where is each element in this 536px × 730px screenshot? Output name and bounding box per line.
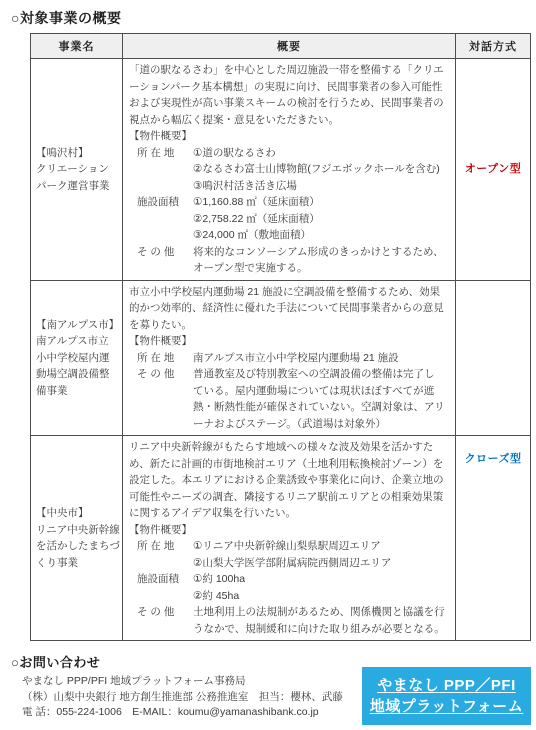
dialogue-mode-cell: オープン型 [456,59,531,281]
project-name-cell: 【中央市】リニア中央新幹線を活かしたまちづくり事業 [31,436,123,641]
property-detail-lines: 土地利用上の法規制があるため、関係機関と協議を行うなかで、規制緩和に向けた取り組… [193,604,451,637]
table-row: 【鳴沢村】クリエーションパーク運営事業「道の駅なるさわ」を中心とした周辺施設一帯… [31,59,531,281]
property-summary-heading: 【物件概要】 [129,128,451,145]
property-detail-line: ②なるさわ富士山博物館(フジエボックホールを含む) [193,161,451,178]
contact-heading: ○お問い合わせ [11,652,343,671]
contact-staff-line: （株）山梨中央銀行 地方創生推進部 公務推進室 担当：櫻林、武藤 [22,690,343,706]
property-detail-lines: ①道の駅なるさわ②なるさわ富士山博物館(フジエボックホールを含む)③鳴沢村活き活… [193,145,451,195]
property-detail-lines: 南アルプス市立小中学校屋内運動場 21 施設 [193,350,451,367]
badge-title-line2: 地域プラットフォーム [370,697,524,717]
property-detail-label: 所 在 地 [137,350,193,367]
property-detail-line: ている。屋内運動場については現状ほぼすべてが遮 [193,383,451,400]
document-page: ○対象事業の概要 事業名 概要 対話方式 【鳴沢村】クリエーションパーク運営事業… [0,0,536,730]
overview-text-line: 設定した。本エリアにおける企業誘致や事業化に向け、企業立地の [129,472,451,489]
property-detail-line: ③鳴沢村活き活き広場 [193,178,451,195]
property-detail-label: 施設面積 [137,571,193,604]
property-detail-row: 所 在 地南アルプス市立小中学校屋内運動場 21 施設 [129,350,451,367]
overview-text-line: 的かつ効率的、経済性に優れた手法について民間事業者からの意見 [129,300,451,317]
header-overview: 概要 [123,34,456,59]
property-summary-heading: 【物件概要】 [129,522,451,539]
property-detail-line: うなかで、規制緩和に向けた取り組みが必要となる。 [193,621,451,638]
project-overview-cell: 市立小中学校屋内運動場 21 施設に空調設備を整備するため、効果的かつ効率的、経… [123,280,456,436]
property-detail-row: 所 在 地①道の駅なるさわ②なるさわ富士山博物館(フジエボックホールを含む)③鳴… [129,145,451,195]
overview-text-line: リニア中央新幹線がもたらす地域への様々な波及効果を活かすた [129,439,451,456]
overview-text-line: に関するアイデア収集を行いたい。 [129,505,451,522]
header-project-name: 事業名 [31,34,123,59]
contact-section: ○お問い合わせ やまなし PPP/PFI 地域プラットフォーム事務局 （株）山梨… [11,652,343,721]
property-detail-lines: 普通教室及び特別教室への空調設備の整備は完了している。屋内運動場については現状ほ… [193,366,451,432]
project-name-line: リニア中央新幹線 [36,522,120,539]
projects-table: 事業名 概要 対話方式 【鳴沢村】クリエーションパーク運営事業「道の駅なるさわ」… [30,33,531,641]
dialogue-mode-cell: クローズ型 [456,436,531,641]
property-detail-line: 将来的なコンソーシアム形成のきっかけとするため、 [193,244,451,261]
property-detail-line: ②山梨大学医学部附属病院西側周辺エリア [193,555,451,572]
projects-table-body: 【鳴沢村】クリエーションパーク運営事業「道の駅なるさわ」を中心とした周辺施設一帯… [31,59,531,641]
platform-logo-badge: やまなし PPP／PFI 地域プラットフォーム [362,667,531,725]
page-title: ○対象事業の概要 [11,8,121,28]
table-row: 【中央市】リニア中央新幹線を活かしたまちづくり事業リニア中央新幹線がもたらす地域… [31,436,531,641]
overview-text-line: 視点から幅広く提案・意見をいただきたい。 [129,112,451,129]
overview-text-line: め、新たに計画的市街地検討エリア（土地利用転換検討ゾーン）を [129,456,451,473]
property-detail-lines: ①約 100ha②約 45ha [193,571,451,604]
property-detail-row: そ の 他普通教室及び特別教室への空調設備の整備は完了している。屋内運動場につい… [129,366,451,432]
property-detail-row: そ の 他土地利用上の法規制があるため、関係機関と協議を行うなかで、規制緩和に向… [129,604,451,637]
project-name-line: 南アルプス市立 [36,333,120,350]
property-detail-line: ②約 45ha [193,588,451,605]
property-detail-line: ーナおよびステージ。（武道場は対象外） [193,416,451,433]
property-detail-label: そ の 他 [137,366,193,432]
contact-office-line: やまなし PPP/PFI 地域プラットフォーム事務局 [22,674,343,690]
overview-text-line: ーションパーク基本構想」の実現に向け、民間事業者の参入可能性 [129,79,451,96]
property-detail-line: ③24,000 ㎡（敷地面積） [193,227,451,244]
property-detail-line: ①道の駅なるさわ [193,145,451,162]
property-detail-row: 所 在 地①リニア中央新幹線山梨県駅周辺エリア②山梨大学医学部附属病院西側周辺エ… [129,538,451,571]
property-detail-label: 施設面積 [137,194,193,244]
project-name-line: 【鳴沢村】 [36,145,120,162]
overview-text-line: 「道の駅なるさわ」を中心とした周辺施設一帯を整備する「クリエ [129,62,451,79]
property-detail-line: 土地利用上の法規制があるため、関係機関と協議を行 [193,604,451,621]
project-overview-cell: 「道の駅なるさわ」を中心とした周辺施設一帯を整備する「クリエーションパーク基本構… [123,59,456,281]
property-summary-heading: 【物件概要】 [129,333,451,350]
property-detail-line: 普通教室及び特別教室への空調設備の整備は完了し [193,366,451,383]
contact-phone-email-line: 電 話：055-224-1006 E-MAIL：koumu@yamanashib… [22,705,343,721]
property-detail-row: そ の 他将来的なコンソーシアム形成のきっかけとするため、オープン型で実施する。 [129,244,451,277]
property-detail-line: オープン型で実施する。 [193,260,451,277]
table-header-row: 事業名 概要 対話方式 [31,34,531,59]
project-name-cell: 【鳴沢村】クリエーションパーク運営事業 [31,59,123,281]
property-detail-row: 施設面積①約 100ha②約 45ha [129,571,451,604]
property-detail-line: ②2,758.22 ㎡（延床面積） [193,211,451,228]
project-name-line: 【南アルプス市】 [36,317,120,334]
badge-title-line1: やまなし PPP／PFI [377,676,516,696]
overview-text-line: および実現性が高い事業スキームの検討を行うため、民間事業者の [129,95,451,112]
overview-text-line: を募りたい。 [129,317,451,334]
project-name-line: 【中央市】 [36,505,120,522]
property-detail-label: 所 在 地 [137,538,193,571]
project-name-line: 動場空調設備整 [36,366,120,383]
dialogue-mode-cell [456,280,531,436]
property-detail-line: ①1,160.88 ㎡（延床面積） [193,194,451,211]
property-detail-label: そ の 他 [137,244,193,277]
project-name-line: クリエーション [36,161,120,178]
project-name-cell: 【南アルプス市】南アルプス市立小中学校屋内運動場空調設備整備事業 [31,280,123,436]
header-dialogue-mode: 対話方式 [456,34,531,59]
property-detail-line: 南アルプス市立小中学校屋内運動場 21 施設 [193,350,451,367]
property-detail-label: 所 在 地 [137,145,193,195]
project-overview-cell: リニア中央新幹線がもたらす地域への様々な波及効果を活かすため、新たに計画的市街地… [123,436,456,641]
property-detail-lines: 将来的なコンソーシアム形成のきっかけとするため、オープン型で実施する。 [193,244,451,277]
project-name-line: パーク運営事業 [36,178,120,195]
property-detail-lines: ①リニア中央新幹線山梨県駅周辺エリア②山梨大学医学部附属病院西側周辺エリア [193,538,451,571]
overview-text-line: 可能性やニーズの調査、隣接するリニア駅前エリアとの相乗効果策 [129,489,451,506]
overview-text-line: 市立小中学校屋内運動場 21 施設に空調設備を整備するため、効果 [129,284,451,301]
table-row: 【南アルプス市】南アルプス市立小中学校屋内運動場空調設備整備事業市立小中学校屋内… [31,280,531,436]
property-detail-line: ①リニア中央新幹線山梨県駅周辺エリア [193,538,451,555]
property-detail-lines: ①1,160.88 ㎡（延床面積）②2,758.22 ㎡（延床面積）③24,00… [193,194,451,244]
project-name-line: 小中学校屋内運 [36,350,120,367]
property-detail-row: 施設面積①1,160.88 ㎡（延床面積）②2,758.22 ㎡（延床面積）③2… [129,194,451,244]
property-detail-label: そ の 他 [137,604,193,637]
property-detail-line: ①約 100ha [193,571,451,588]
project-name-line: 備事業 [36,383,120,400]
project-name-line: くり事業 [36,555,120,572]
project-name-line: を活かしたまちづ [36,538,120,555]
property-detail-line: 熱・断熱性能が確保されていない。空調対象は、アリ [193,399,451,416]
